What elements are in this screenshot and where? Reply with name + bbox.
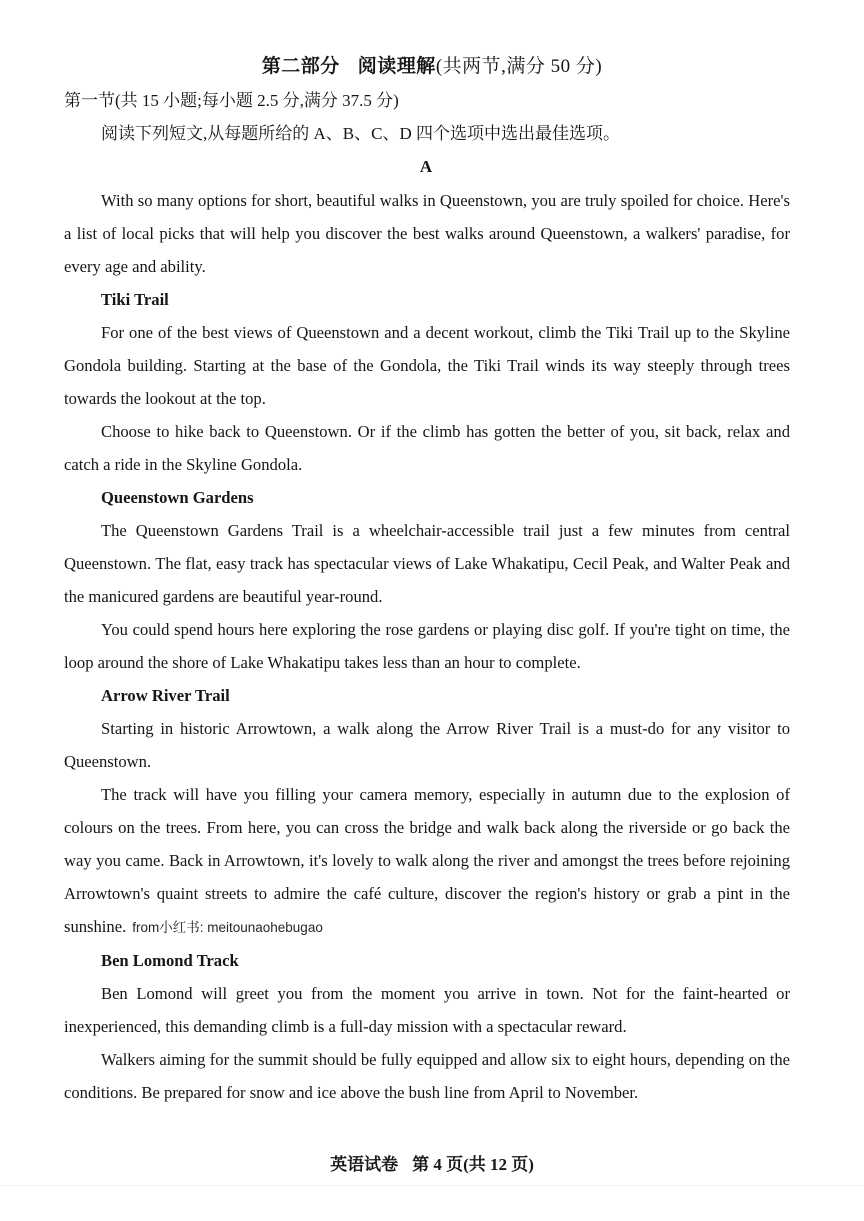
paragraph-with-watermark: The track will have you filling your cam… — [64, 778, 790, 944]
section-heading-queenstown-gardens: Queenstown Gardens — [64, 481, 790, 514]
section-heading-ben-lomond-track: Ben Lomond Track — [64, 944, 790, 977]
part-detail: (共两节,满分 50 分) — [436, 56, 602, 77]
part-subject: 阅读理解 — [358, 55, 436, 77]
scan-edge-divider — [0, 1185, 864, 1186]
section-heading-tiki-trail: Tiki Trail — [64, 283, 790, 316]
section-description: 第一节(共 15 小题;每小题 2.5 分,满分 37.5 分) — [64, 88, 399, 114]
instruction-text: 阅读下列短文,从每题所给的 A、B、C、D 四个选项中选出最佳选项。 — [101, 121, 620, 147]
section-heading-arrow-river-trail: Arrow River Trail — [64, 679, 790, 712]
paragraph: Walkers aiming for the summit should be … — [64, 1043, 790, 1109]
passage-body: With so many options for short, beautifu… — [64, 184, 790, 1109]
exam-page: 第二部分阅读理解(共两节,满分 50 分) 第一节(共 15 小题;每小题 2.… — [0, 0, 864, 1221]
part-number: 第二部分 — [262, 55, 340, 77]
part-title: 第二部分阅读理解(共两节,满分 50 分) — [0, 52, 864, 81]
paragraph: Ben Lomond will greet you from the momen… — [64, 977, 790, 1043]
page-footer: 英语试卷第 4 页(共 12 页) — [0, 1152, 864, 1178]
paragraph-text: The track will have you filling your cam… — [64, 785, 790, 936]
paragraph: For one of the best views of Queenstown … — [64, 316, 790, 415]
footer-page-info: 第 4 页(共 12 页) — [412, 1155, 534, 1174]
paragraph: You could spend hours here exploring the… — [64, 613, 790, 679]
paragraph: Starting in historic Arrowtown, a walk a… — [64, 712, 790, 778]
intro-paragraph: With so many options for short, beautifu… — [64, 184, 790, 283]
paragraph: Choose to hike back to Queenstown. Or if… — [64, 415, 790, 481]
passage-letter: A — [0, 154, 852, 180]
watermark-text: from小红书: meitounaohebugao — [132, 920, 323, 935]
paragraph: The Queenstown Gardens Trail is a wheelc… — [64, 514, 790, 613]
footer-subject: 英语试卷 — [330, 1155, 398, 1174]
